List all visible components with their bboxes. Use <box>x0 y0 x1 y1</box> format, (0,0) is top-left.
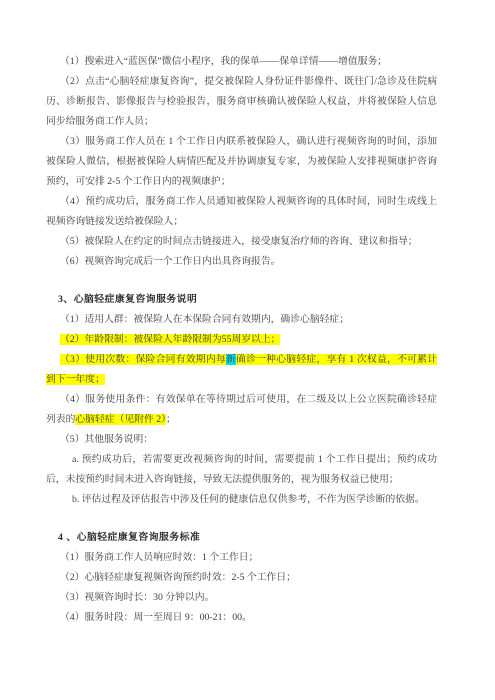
paragraph: （4）预约成功后，服务商工作人员通知被保险人视频咨询的具体时间，同时生成线上视频… <box>46 192 437 232</box>
text-run: （6）视频咨询完成后一个工作日内出具咨询报告。 <box>60 256 280 267</box>
section-heading: 3、心脑轻症康复咨询服务说明 <box>46 290 437 310</box>
paragraph: （5）被保险人在约定的时间点击链接进入，接受康复治疗师的咨询、建议和指导； <box>46 232 437 252</box>
text-run: （3）服务商工作人员在 1 个工作日内联系被保险人，确认进行视频咨询的时间，添加… <box>46 136 437 187</box>
paragraph: （3）视频咨询时长：30 分钟以内。 <box>46 588 437 608</box>
text-run: a. 预约成功后，若需要更改视频咨询的时间，需要提前 1 个工作日提出；预约成功… <box>46 454 437 485</box>
paragraph: （2）心脑轻症康复视频咨询预约时效：2-5 个工作日； <box>46 568 437 588</box>
text-run: 4 、心脑轻症康复咨询服务标准 <box>58 532 200 543</box>
paragraph: （4）服务时段：周一至周日 9：00-21：00。 <box>46 608 437 628</box>
text-run: ； <box>166 414 176 425</box>
highlight-cyan: 新 <box>226 354 236 365</box>
text-run: 3、心脑轻症康复咨询服务说明 <box>58 294 197 305</box>
text-run: （5）被保险人在约定的时间点击链接进入，接受康复治疗师的咨询、建议和指导； <box>60 236 418 247</box>
paragraph: （6）视频咨询完成后一个工作日内出具咨询报告。 <box>46 252 437 272</box>
paragraph: （1）搜索进入“蓝医保”微信小程序，我的保单——保单详情——增值服务； <box>46 52 437 72</box>
paragraph: （1）服务商工作人员响应时效：1 个工作日； <box>46 548 437 568</box>
text-run: （1）搜索进入“蓝医保”微信小程序，我的保单——保单详情——增值服务； <box>60 56 387 67</box>
paragraph: （2）年龄限制：被保险人年龄限制为55周岁以上； <box>46 330 437 350</box>
highlight-yellow: （2）年龄限制：被保险人年龄限制为55周岁以上； <box>60 334 280 345</box>
paragraph: （4）服务使用条件：有效保单在等待期过后可使用，在二级及以上公立医院确诊轻症列表… <box>46 390 437 430</box>
text-run: （2）心脑轻症康复视频咨询预约时效：2-5 个工作日； <box>60 572 296 583</box>
text-run: （1）服务商工作人员响应时效：1 个工作日； <box>60 552 258 563</box>
paragraph: （2）点击“心脑轻症康复咨询”，提交被保险人身份证件影像件、既往门/急诊及住院病… <box>46 72 437 132</box>
paragraph: （1）适用人群：被保险人在本保险合同有效期内，确诊心脑轻症； <box>46 310 437 330</box>
section-heading: 4 、心脑轻症康复咨询服务标准 <box>46 528 437 548</box>
text-run: （2）点击“心脑轻症康复咨询”，提交被保险人身份证件影像件、既往门/急诊及住院病… <box>46 76 437 127</box>
highlight-yellow: 心脑轻症（见附件 2） <box>75 414 166 425</box>
paragraph: （3）使用次数：保险合同有效期内每新确诊一种心脑轻症，享有 1 次权益，不可累计… <box>46 350 437 390</box>
text-run: b. 评估过程及评估报告中涉及任何的健康信息仅供参考，不作为医学诊断的依据。 <box>72 494 425 505</box>
paragraph: b. 评估过程及评估报告中涉及任何的健康信息仅供参考，不作为医学诊断的依据。 <box>46 490 437 510</box>
text-run: （3）视频咨询时长：30 分钟以内。 <box>60 592 214 603</box>
document-page: （1）搜索进入“蓝医保”微信小程序，我的保单——保单详情——增值服务；（2）点击… <box>0 0 495 700</box>
text-run: （5）其他服务说明： <box>60 434 153 445</box>
paragraph: a. 预约成功后，若需要更改视频咨询的时间，需要提前 1 个工作日提出；预约成功… <box>46 450 437 490</box>
text-run: （4）服务时段：周一至周日 9：00-21：00。 <box>60 612 252 623</box>
paragraph: （5）其他服务说明： <box>46 430 437 450</box>
document-body: （1）搜索进入“蓝医保”微信小程序，我的保单——保单详情——增值服务；（2）点击… <box>46 52 437 628</box>
paragraph: （3）服务商工作人员在 1 个工作日内联系被保险人，确认进行视频咨询的时间，添加… <box>46 132 437 192</box>
highlight-yellow: （3）使用次数：保险合同有效期内每 <box>60 354 226 365</box>
text-run: （4）预约成功后，服务商工作人员通知被保险人视频咨询的具体时间，同时生成线上视频… <box>46 196 437 227</box>
text-run: （1）适用人群：被保险人在本保险合同有效期内，确诊心脑轻症； <box>60 314 349 325</box>
